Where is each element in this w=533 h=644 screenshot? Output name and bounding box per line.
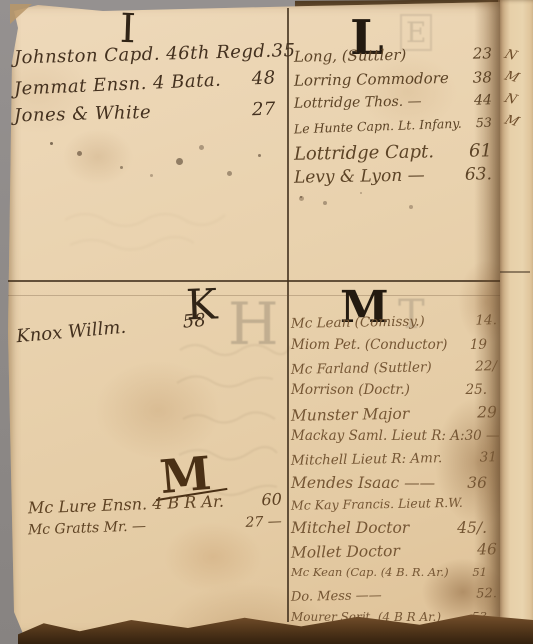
bleed-through-writing (60, 200, 240, 260)
index-section-L: Long, (Suttler)23 Lorring Commodore38 Lo… (294, 46, 492, 190)
ghost-letter-H: H (228, 290, 279, 358)
entry-name: Morrison (Doctr.) (291, 382, 410, 398)
entry-name: Johnston Capd. 46th Regd. (14, 41, 272, 69)
entry-page-number: 31 (480, 449, 497, 465)
entry-page-number: 44 (474, 92, 492, 108)
edge-text-fragment: N (502, 91, 520, 108)
entry-name: Mc Farland (Suttler) (291, 359, 432, 377)
index-entry: Lorring Commodore38 (294, 68, 492, 95)
index-section-I: Johnston Capd. 46th Regd.35 Jemmat Ensn.… (14, 44, 276, 131)
entry-page-number: 30 — (465, 428, 500, 444)
index-entry: Mitchell Lieut R: Amr.31 (291, 449, 497, 475)
entry-name: Lottridge Capt. (294, 141, 434, 164)
row-divider-line (8, 280, 500, 282)
ink-specks (50, 142, 53, 145)
index-entry: Mendes Isaac ——36 (291, 474, 497, 497)
entry-page-number: 51 (472, 565, 487, 579)
entry-page-number: 38 (473, 68, 492, 86)
index-entry: Miom Pet. (Conductor)19 (291, 337, 497, 360)
entry-page-number: 53 (476, 115, 492, 131)
next-page-edge: N M N M (498, 0, 533, 640)
entry-name: Mitchell Lieut R: Amr. (291, 450, 443, 469)
entry-name: Mc Kean (Cap. (4 B. R. Ar.) (291, 565, 449, 579)
index-section-M-right: Mc Lean (Comissy.)14. Miom Pet. (Conduct… (291, 314, 497, 633)
index-entry: Mackay Saml. Lieut R: A:30 — (291, 428, 497, 451)
edge-text-fragment: M (502, 113, 522, 130)
entry-page-number: 48 (251, 67, 276, 89)
index-entry: Mitchel Doctor45/. (291, 519, 497, 542)
entry-page-number: 63. (465, 164, 492, 184)
scanned-ledger-page: N M N M I L K M M H T E Johnston (0, 0, 533, 644)
entry-name: Mc Kay Francis. Lieut R.W. (291, 495, 463, 513)
entry-name: Long, (Suttler) (294, 46, 407, 66)
index-entry: Lottridge Capt.61 (294, 140, 492, 167)
entry-name: Mc Lean (Comissy.) (291, 313, 425, 331)
entry-page-number: 61 (469, 140, 492, 161)
index-entry: Jones & White27 (14, 99, 277, 135)
entry-name: Levy & Lyon — (294, 165, 425, 187)
entry-name: Miom Pet. (Conductor) (291, 337, 447, 353)
edge-text-fragment: N (502, 47, 520, 64)
entry-page-number: 60 (261, 490, 282, 510)
entry-page-number: 36 (467, 474, 487, 492)
entry-page-number: 27 — (245, 514, 282, 531)
edge-text-fragment: M (502, 69, 522, 86)
entry-page-number: 29 (477, 403, 497, 421)
entry-page-number: 14. (475, 312, 497, 328)
entry-name: Lottridge Thos. — (294, 94, 422, 112)
index-entry: Do. Mess ——52. (291, 586, 497, 612)
entry-page-number: 45/. (457, 519, 487, 537)
entry-page-number: 35 (271, 40, 295, 62)
entry-name: Lorring Commodore (294, 69, 449, 90)
edge-rule-fragment (500, 271, 530, 273)
index-entry: Munster Major29 (291, 403, 497, 429)
entry-name: Do. Mess —— (291, 588, 382, 605)
entry-page-number: 58 (182, 310, 207, 333)
entry-name: Mackay Saml. Lieut R: A: (291, 428, 465, 444)
entry-name: Mendes Isaac —— (291, 474, 435, 492)
index-entry: Levy & Lyon —63. (294, 164, 492, 191)
index-entry: Mc Lean (Comissy.)14. (291, 312, 497, 338)
entry-page-number: 23 (473, 44, 492, 62)
entry-name: Mollet Doctor (291, 542, 400, 562)
ink-specks (300, 196, 302, 198)
entry-page-number: 22/ (475, 358, 497, 374)
entry-name: Munster Major (291, 405, 409, 425)
index-entry: Mollet Doctor46 (291, 540, 497, 566)
entry-name: Mc Lure Ensn. 4 B R Ar. (28, 492, 225, 518)
entry-page-number: 27 (252, 99, 276, 121)
index-entry: Mc Kean (Cap. (4 B. R. Ar.)51 (291, 565, 497, 588)
index-section-M-left: Mc Lure Ensn. 4 B R Ar.60 Mc Gratts Mr. … (28, 494, 282, 542)
index-entry: Mc Kay Francis. Lieut R.W. (291, 495, 497, 521)
index-entry: Mc Farland (Suttler)22/ (291, 358, 497, 384)
entry-page-number: 52. (476, 586, 497, 601)
entry-page-number: 19 (470, 337, 487, 353)
index-entry: Long, (Suttler)23 (294, 44, 492, 71)
index-entry: Morrison (Doctr.)25. (291, 382, 497, 405)
dog-ear-corner (10, 4, 32, 24)
entry-page-number: 25. (466, 382, 487, 398)
entry-name: Mitchel Doctor (291, 519, 409, 537)
entry-page-number: 46 (477, 540, 497, 558)
column-divider-line (287, 8, 289, 622)
entry-name: Jones & White (14, 102, 152, 127)
entry-name: Mc Gratts Mr. — (28, 518, 147, 538)
